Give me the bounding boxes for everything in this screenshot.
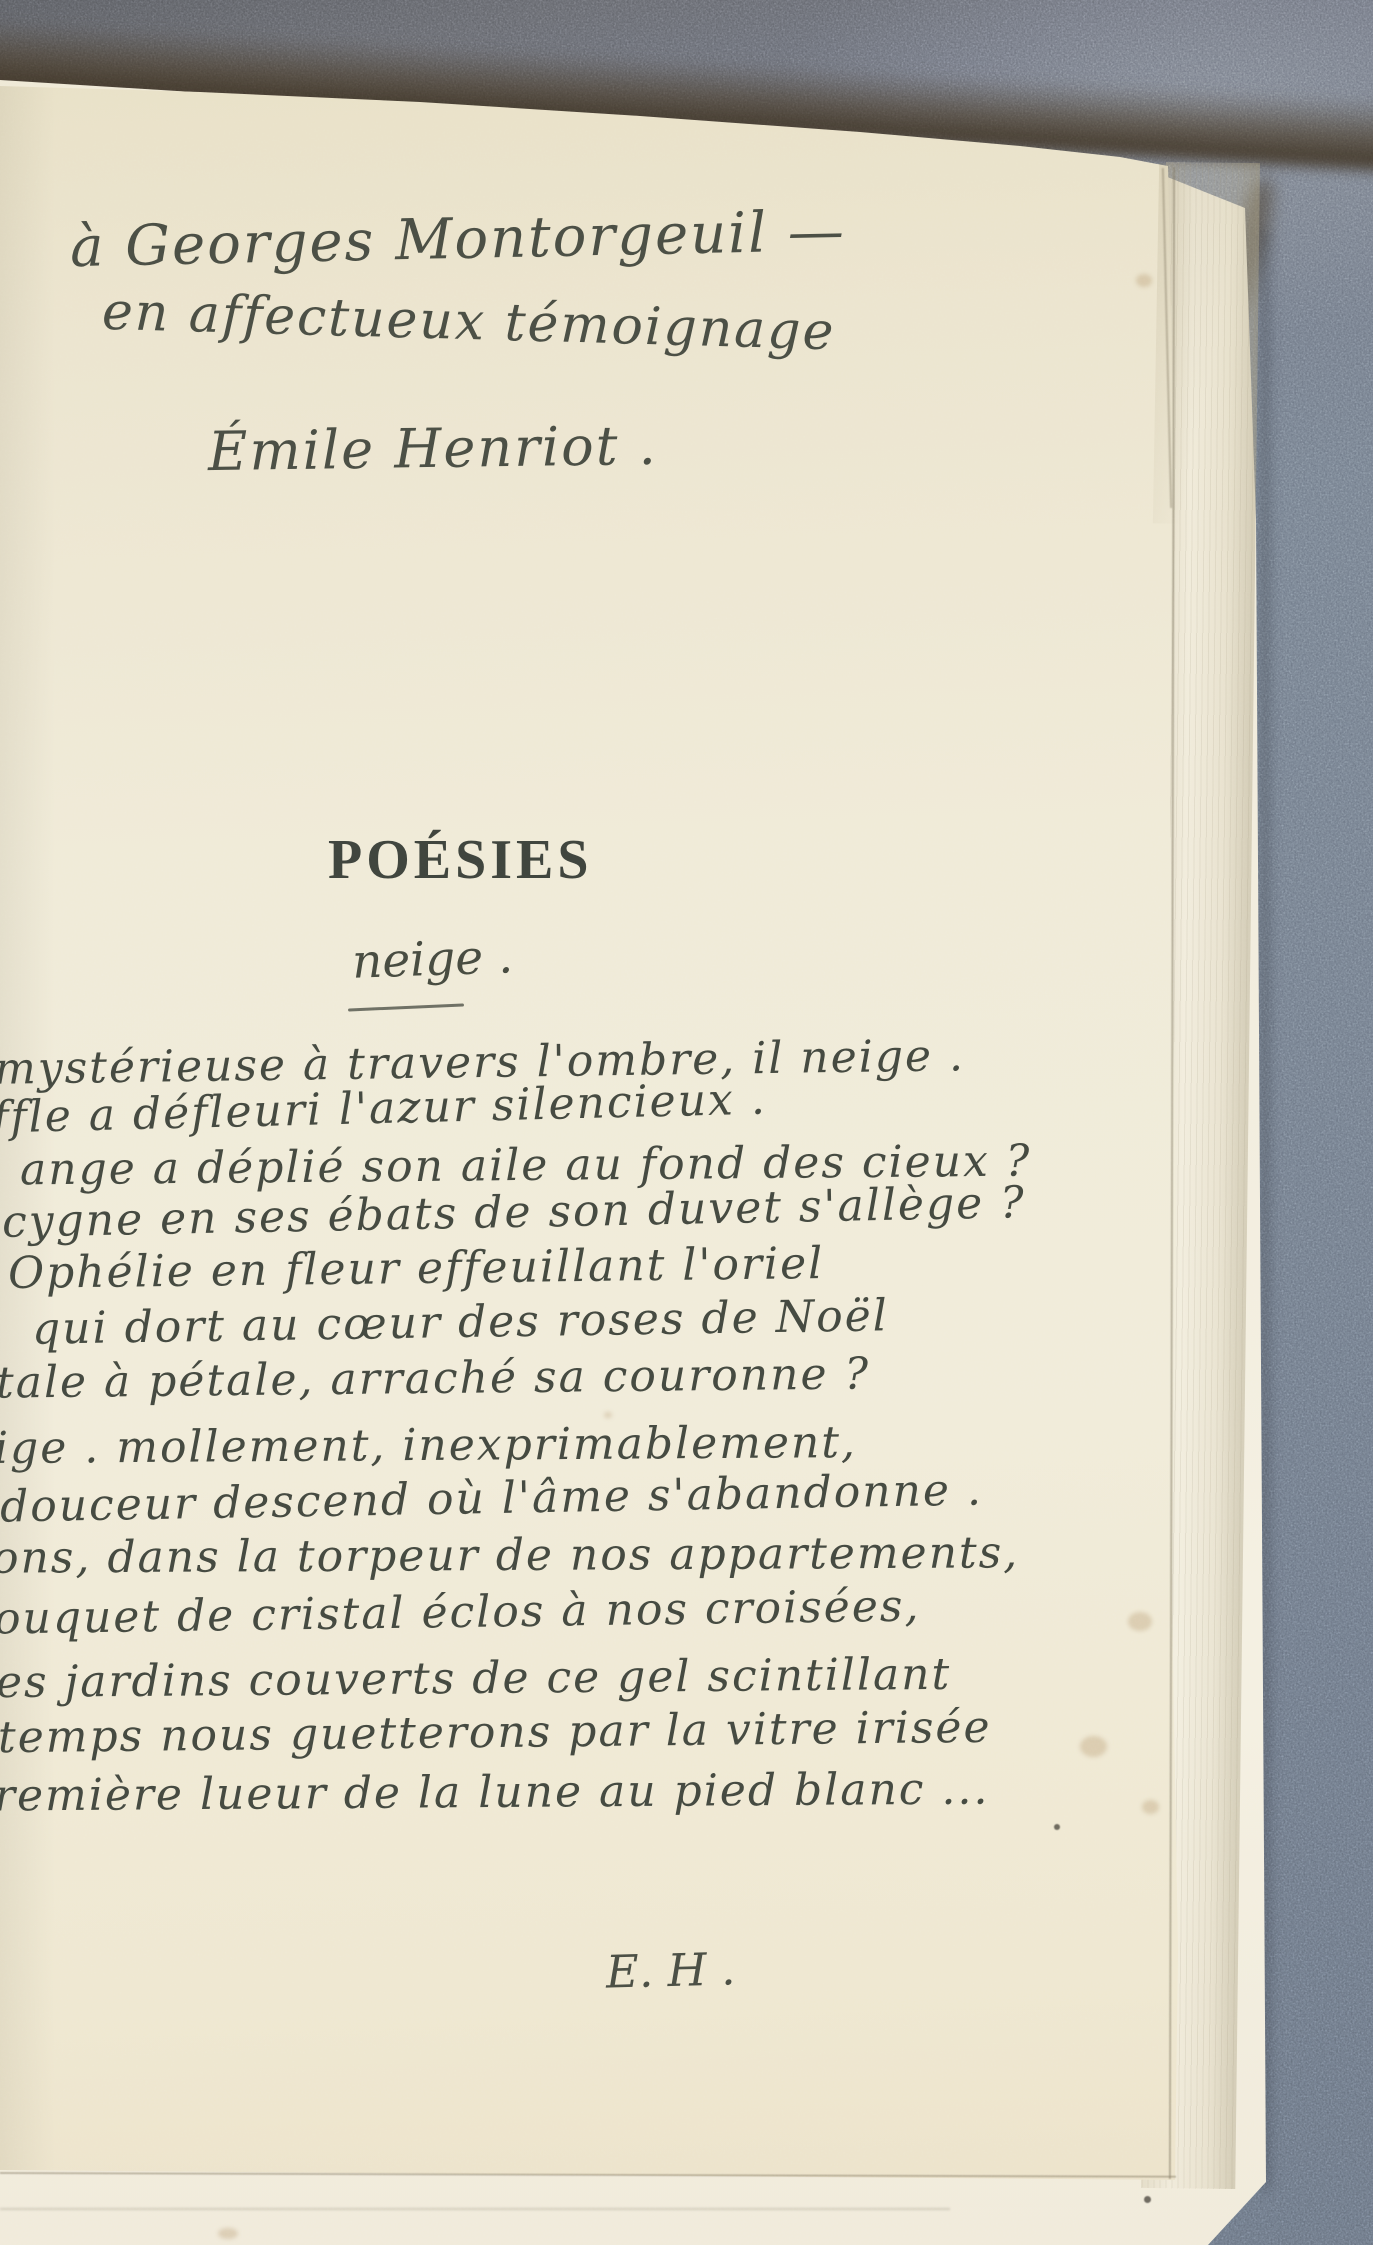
ink-speck	[1054, 1824, 1060, 1830]
foxing-spot	[1128, 1612, 1152, 1631]
foxing-spot	[604, 1412, 612, 1418]
printed-title: POÉSIES	[328, 832, 593, 888]
page-bottom-crease	[0, 2208, 950, 2210]
poem-line: temps nous guetterons par la vitre irisé…	[0, 1706, 992, 1760]
foxing-spot	[218, 2228, 238, 2239]
poem-line: es jardins couverts de ce gel scintillan…	[0, 1653, 951, 1705]
dedication-signature: Émile Henriot .	[208, 419, 658, 479]
photograph-of-book-page: à Georges Montorgeuil — en affectueux té…	[0, 0, 1373, 2245]
foxing-spot	[1142, 1800, 1159, 1814]
poem-line: Ophélie en fleur effeuillant l'oriel	[8, 1242, 825, 1296]
dedication-line-1: à Georges Montorgeuil —	[69, 204, 846, 276]
poem-signature-initials: E. H .	[605, 1946, 735, 1994]
poem-line: tale à pétale, arraché sa couronne ?	[0, 1352, 870, 1405]
poem-line: ouquet de cristal éclos à nos croisées,	[0, 1585, 921, 1642]
foxing-spot	[1080, 1736, 1107, 1757]
poem-line: ons, dans la torpeur de nos appartements…	[0, 1531, 1019, 1580]
poem-line: qui dort au cœur des roses de Noël	[32, 1294, 889, 1351]
poem-line: ige . mollement, inexprimablement,	[0, 1421, 857, 1471]
foxing-spot	[1136, 274, 1152, 287]
ink-speck	[1144, 2196, 1151, 2203]
poem-line: remière lueur de la lune au pied blanc .…	[0, 1768, 990, 1819]
poem-title: neige .	[351, 933, 513, 986]
